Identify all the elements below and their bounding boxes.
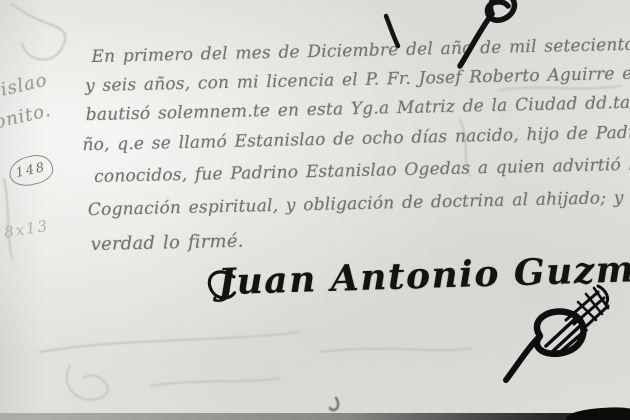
manuscript-line: ño, q.e se llamó Estanislao de ocho días…: [82, 122, 630, 156]
signature-rubric-flourish-icon: [494, 284, 620, 384]
signature-initial-curl-icon: [204, 263, 239, 310]
rubric-flourish-top-icon: [446, 0, 538, 70]
manuscript-line: Cognación espiritual, y obligación de do…: [88, 187, 630, 220]
manuscript-line: y seis años, con mi licencia el P. Fr. J…: [85, 63, 630, 96]
manuscript-line: conocidos, fue Padrino Estanislao Ogedas…: [94, 155, 630, 187]
manuscript-line: En primero del mes de Diciembre del año …: [91, 33, 630, 67]
manuscript-closing-line: verdad lo firmé.: [90, 231, 243, 255]
scan-edge-shadow: [0, 413, 630, 420]
manuscript-line: bautisó solemnem.te en esta Yg.a Matriz …: [86, 91, 630, 125]
scanned-document-page: nislao onito. 148 8x13 En primero del me…: [0, 0, 630, 420]
stray-ink-stroke-icon: [380, 12, 404, 52]
